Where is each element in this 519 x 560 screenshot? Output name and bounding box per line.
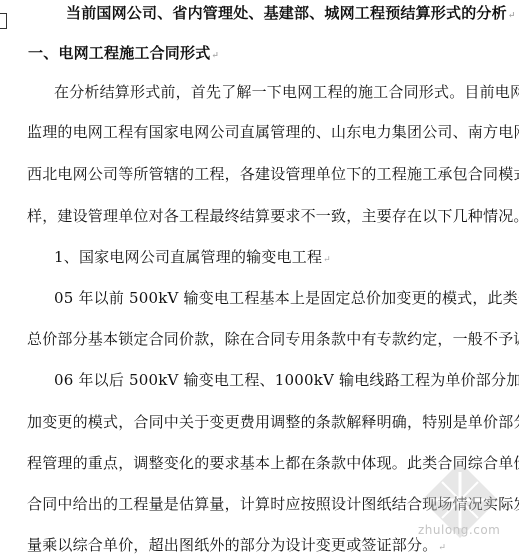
body-line: 西北电网公司等所管辖的工程，各建设管理单位下的工程施工承包合同模式不一 <box>27 164 519 184</box>
body-line: 加变更的模式，合同中关于变更费用调整的条款解释明确，特别是单价部分为工 <box>27 412 519 432</box>
subsection-heading-text: 1、国家电网公司直属管理的输变电工程 <box>54 248 322 266</box>
body-line: 样，建设管理单位对各工程最终结算要求不一致，主要存在以下几种情况。↵ <box>27 206 519 229</box>
body-line: 06 年以后 500kV 输变电工程、1000kV 输电线路工程为单价部分加总价… <box>54 370 519 390</box>
body-line: 总价部分基本锁定合同价款，除在合同专用条款中有专款约定，一般不予调整。 <box>27 329 519 349</box>
body-line: 05 年以前 500kV 输变电工程基本上是固定总价加变更的模式，此类合同中 <box>54 288 519 308</box>
section-heading-text: 一、电网工程施工合同形式 <box>28 44 210 62</box>
document-page: 当前国网公司、省内管理处、基建部、城网工程预结算形式的分析↵ 一、电网工程施工合… <box>0 0 519 560</box>
body-line: 监理的电网工程有国家电网公司直属管理的、山东电力集团公司、南方电网公司、 <box>27 122 519 142</box>
title-text: 当前国网公司、省内管理处、基建部、城网工程预结算形式的分析 <box>66 4 507 22</box>
body-line-text: 量乘以综合单价，超出图纸外的部分为设计变更或签证部分。 <box>27 536 437 554</box>
document-title: 当前国网公司、省内管理处、基建部、城网工程预结算形式的分析↵ <box>66 3 516 26</box>
cursor-marker-icon <box>0 13 7 29</box>
paragraph-mark-icon: ↵ <box>211 51 219 61</box>
paragraph-mark-icon: ↵ <box>438 543 446 553</box>
body-line-text: 样，建设管理单位对各工程最终结算要求不一致，主要存在以下几种情况。 <box>27 207 519 225</box>
subsection-heading: 1、国家电网公司直属管理的输变电工程↵ <box>54 247 331 270</box>
paragraph-mark-icon: ↵ <box>323 255 331 265</box>
body-line: 量乘以综合单价，超出图纸外的部分为设计变更或签证部分。↵ <box>27 535 446 558</box>
watermark-text: zhulong.com <box>418 523 500 537</box>
body-line: 在分析结算形式前，首先了解一下电网工程的施工合同形式。目前电网部所 <box>54 82 519 102</box>
paragraph-mark-icon: ↵ <box>508 11 516 21</box>
section-heading: 一、电网工程施工合同形式↵ <box>28 43 219 66</box>
